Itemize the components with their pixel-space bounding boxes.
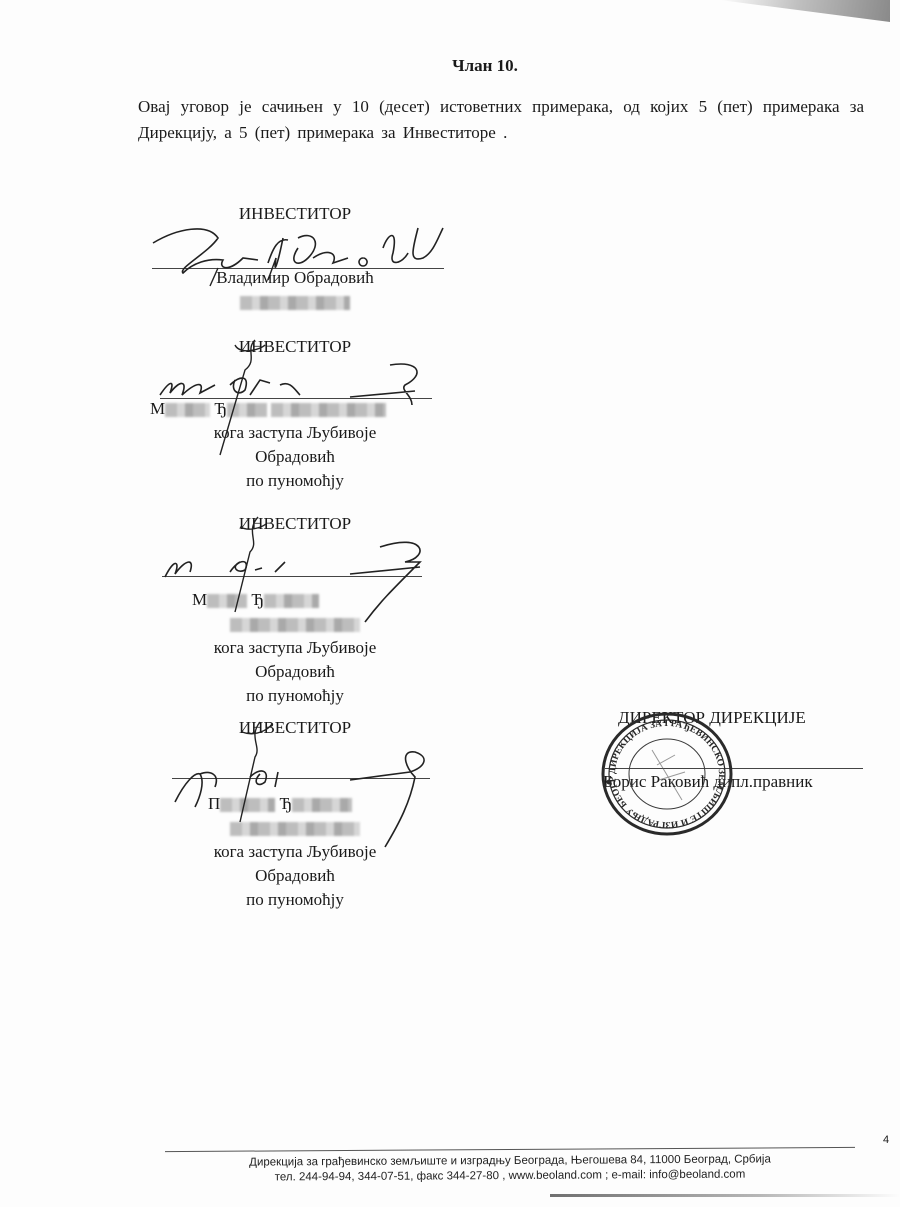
footer-divider	[165, 1147, 855, 1152]
represented-by: кога заступа Љубивоје	[150, 421, 440, 445]
article-paragraph: Овај уговор је сачињен у 10 (десет) исто…	[138, 94, 864, 146]
scan-corner-shadow	[720, 0, 890, 22]
signature-line	[172, 778, 430, 779]
investor-name-redacted: П Ђ	[150, 792, 440, 816]
representation-basis: по пуномоћју	[150, 469, 440, 493]
investor-block-4: ИНВЕСТИТОР П Ђ кога заступа Љубивоје Обр…	[150, 716, 440, 912]
official-stamp: ДИРЕКЦИЈА ЗА ГРАЂЕВИНСКО ЗЕМЉИШТЕ И ИЗГР…	[597, 710, 737, 840]
investor-block-2: ИНВЕСТИТОР М Ђ кога заступа Љубивоје Обр…	[150, 335, 440, 493]
signature-line	[162, 576, 422, 577]
investor-block-3: ИНВЕСТИТОР М Ђ кога заступа Љубивоје Обр…	[150, 512, 440, 708]
represented-surname: Обрадовић	[150, 445, 440, 469]
represented-surname: Обрадовић	[150, 864, 440, 888]
investor-name-redacted: М Ђ	[150, 397, 440, 421]
investor-title: ИНВЕСТИТОР	[150, 716, 440, 740]
represented-by: кога заступа Љубивоје	[150, 840, 440, 864]
scan-bottom-shadow	[550, 1194, 900, 1197]
investor-block-1: ИНВЕСТИТОР Владимир Обрадовић	[150, 202, 440, 314]
article-heading: Члан 10.	[0, 56, 900, 76]
signature-line	[160, 398, 432, 399]
represented-by: кога заступа Љубивоје	[150, 636, 440, 660]
represented-surname: Обрадовић	[150, 660, 440, 684]
footer-address: Дирекција за грађевинско земљиште и изгр…	[165, 1153, 855, 1169]
investor-name: Владимир Обрадовић	[150, 266, 440, 290]
redacted-id	[150, 612, 440, 636]
footer-contact: тел. 244-94-94, 344-07-51, факс 344-27-8…	[165, 1168, 855, 1184]
page-number: 4	[883, 1134, 889, 1146]
investor-title: ИНВЕСТИТОР	[150, 335, 440, 359]
investor-name-redacted: М Ђ	[150, 588, 440, 612]
investor-title: ИНВЕСТИТОР	[150, 202, 440, 226]
redacted-id	[150, 290, 440, 314]
representation-basis: по пуномоћју	[150, 888, 440, 912]
redacted-id	[150, 816, 440, 840]
signature-line	[152, 268, 444, 269]
representation-basis: по пуномоћју	[150, 684, 440, 708]
investor-title: ИНВЕСТИТОР	[150, 512, 440, 536]
